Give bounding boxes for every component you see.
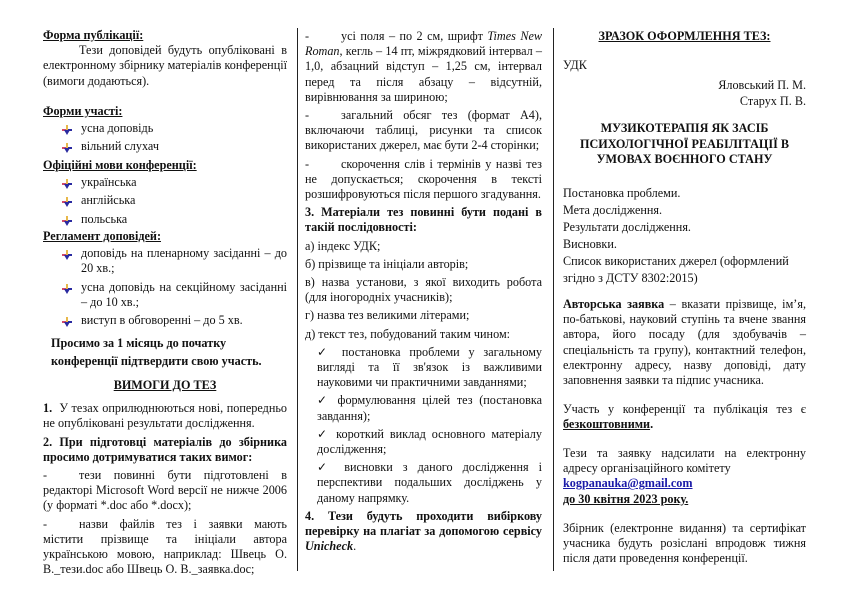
- check-icon: ✓: [317, 427, 330, 441]
- sample-heading: ЗРАЗОК ОФОРМЛЕННЯ ТЕЗ:: [563, 29, 806, 44]
- structure-item: Результати дослідження.: [563, 219, 806, 236]
- requirement-item-1: 1. У тезах оприлюднюються нові, попередн…: [43, 401, 287, 431]
- text-part-item: ✓ формулювання цілей тез (постановка зав…: [305, 393, 542, 423]
- text-part-item: ✓ постановка проблеми у загальному вигля…: [305, 345, 542, 391]
- requirements-section: ВИМОГИ ДО ТЕЗ 1. У тезах оприлюднюються …: [43, 378, 287, 580]
- requirement-dash-item: -тези повинні бути підготовлені в редакт…: [43, 468, 287, 514]
- languages-heading: Офіційні мови конференції:: [43, 158, 287, 173]
- submission-deadline: до 30 квітня 2023 року.: [563, 492, 806, 507]
- column-divider-right: [553, 28, 554, 571]
- sample-title: МУЗИКОТЕРАПІЯ ЯК ЗАСІБ ПСИХОЛОГІЧНОЇ РЕА…: [567, 121, 802, 168]
- sequence-item: д) текст тез, побудований таким чином:: [305, 327, 542, 342]
- arrow-down-bullet-icon: [62, 316, 72, 326]
- check-icon: ✓: [317, 345, 333, 359]
- structure-item: Мета дослідження.: [563, 202, 806, 219]
- text-part-item: ✓ висновки з даного дослідження і перспе…: [305, 460, 542, 506]
- languages-section: Офіційні мови конференції: українська ан…: [43, 158, 287, 230]
- requirements-continued: -усі поля – по 2 см, шрифт Times New Rom…: [305, 29, 542, 555]
- arrow-down-bullet-icon: [62, 124, 72, 134]
- structure-item: Постановка проблеми.: [563, 185, 806, 202]
- arrow-down-bullet-icon: [62, 196, 72, 206]
- sequence-item: б) прізвище та ініціали авторів;: [305, 257, 542, 272]
- requirement-item-3: 3. Матеріали тез повинні бути подані в т…: [305, 205, 542, 235]
- arrow-down-bullet-icon: [62, 142, 72, 152]
- collection-note: Збірник (електронне видання) та сертифік…: [563, 521, 806, 567]
- requirement-item-2: 2. При підготовці матеріалів до збірника…: [43, 435, 287, 465]
- requirement-dash-item: -скорочення слів і термінів у назві тез …: [305, 157, 542, 203]
- requirements-heading: ВИМОГИ ДО ТЕЗ: [43, 378, 287, 393]
- participation-forms-heading: Форми участі:: [43, 104, 287, 119]
- sequence-item: в) назва установи, з якої виходить робот…: [305, 275, 542, 305]
- requirement-dash-item: -назви файлів тез і заявки мають містити…: [43, 517, 287, 578]
- author-2: Старух П. В.: [563, 94, 806, 109]
- sequence-item: г) назва тез великими літерами;: [305, 308, 542, 323]
- column-divider-left: [297, 28, 298, 571]
- participation-forms-list: усна доповідь вільний слухач: [43, 121, 287, 154]
- udc-label: УДК: [563, 58, 806, 73]
- confirm-participation-note: Просимо за 1 місяць до початку конференц…: [51, 334, 267, 370]
- list-item: українська: [61, 175, 287, 190]
- list-item: доповідь на пленарному засіданні – до 20…: [61, 246, 287, 276]
- schedule-heading: Регламент доповідей:: [43, 229, 287, 244]
- schedule-section: Регламент доповідей: доповідь на пленарн…: [43, 229, 287, 331]
- arrow-down-bullet-icon: [62, 249, 72, 259]
- publication-form-heading: Форма публікації:: [43, 28, 287, 43]
- organizing-committee-email-link[interactable]: kogpanauka@gmail.com: [563, 476, 693, 490]
- schedule-list: доповідь на пленарному засіданні – до 20…: [43, 246, 287, 328]
- requirement-dash-item: -загальний обсяг тез (формат А4), включа…: [305, 108, 542, 154]
- list-item: усна доповідь на секційному засіданні – …: [61, 280, 287, 310]
- submission-info: Тези та заявку надсилати на електронну а…: [563, 446, 806, 507]
- sequence-item: а) індекс УДК;: [305, 239, 542, 254]
- application-info: Авторська заявка – вказати прізвище, ім’…: [563, 297, 806, 388]
- arrow-down-bullet-icon: [62, 178, 72, 188]
- languages-list: українська англійська польська: [43, 175, 287, 227]
- list-item: польська: [61, 212, 287, 227]
- check-icon: ✓: [317, 460, 334, 474]
- publication-form-text: Тези доповідей будуть опубліковані в еле…: [43, 43, 287, 89]
- list-item: виступ в обговоренні – до 5 хв.: [61, 313, 287, 328]
- text-part-item: ✓ короткий виклад основного матеріалу до…: [305, 427, 542, 457]
- free-participation-note: Участь у конференції та публікація тез є…: [563, 402, 806, 432]
- list-item: усна доповідь: [61, 121, 287, 136]
- requirement-item-4: 4. Тези будуть проходити вибіркову перев…: [305, 509, 542, 555]
- structure-item: Висновки.: [563, 236, 806, 253]
- participation-forms-section: Форми участі: усна доповідь вільний слух…: [43, 104, 287, 158]
- arrow-down-bullet-icon: [62, 283, 72, 293]
- arrow-down-bullet-icon: [62, 215, 72, 225]
- list-item: англійська: [61, 193, 287, 208]
- submission-text: Тези та заявку надсилати на електронну а…: [563, 446, 806, 476]
- list-item: вільний слухач: [61, 139, 287, 154]
- author-1: Яловський П. М.: [563, 78, 806, 93]
- publication-form-section: Форма публікації: Тези доповідей будуть …: [43, 28, 287, 89]
- requirement-dash-item: -усі поля – по 2 см, шрифт Times New Rom…: [305, 29, 542, 105]
- sample-structure: Постановка проблеми. Мета дослідження. Р…: [563, 185, 806, 287]
- check-icon: ✓: [317, 393, 331, 407]
- structure-item: Список використаних джерел (оформлений з…: [563, 253, 806, 287]
